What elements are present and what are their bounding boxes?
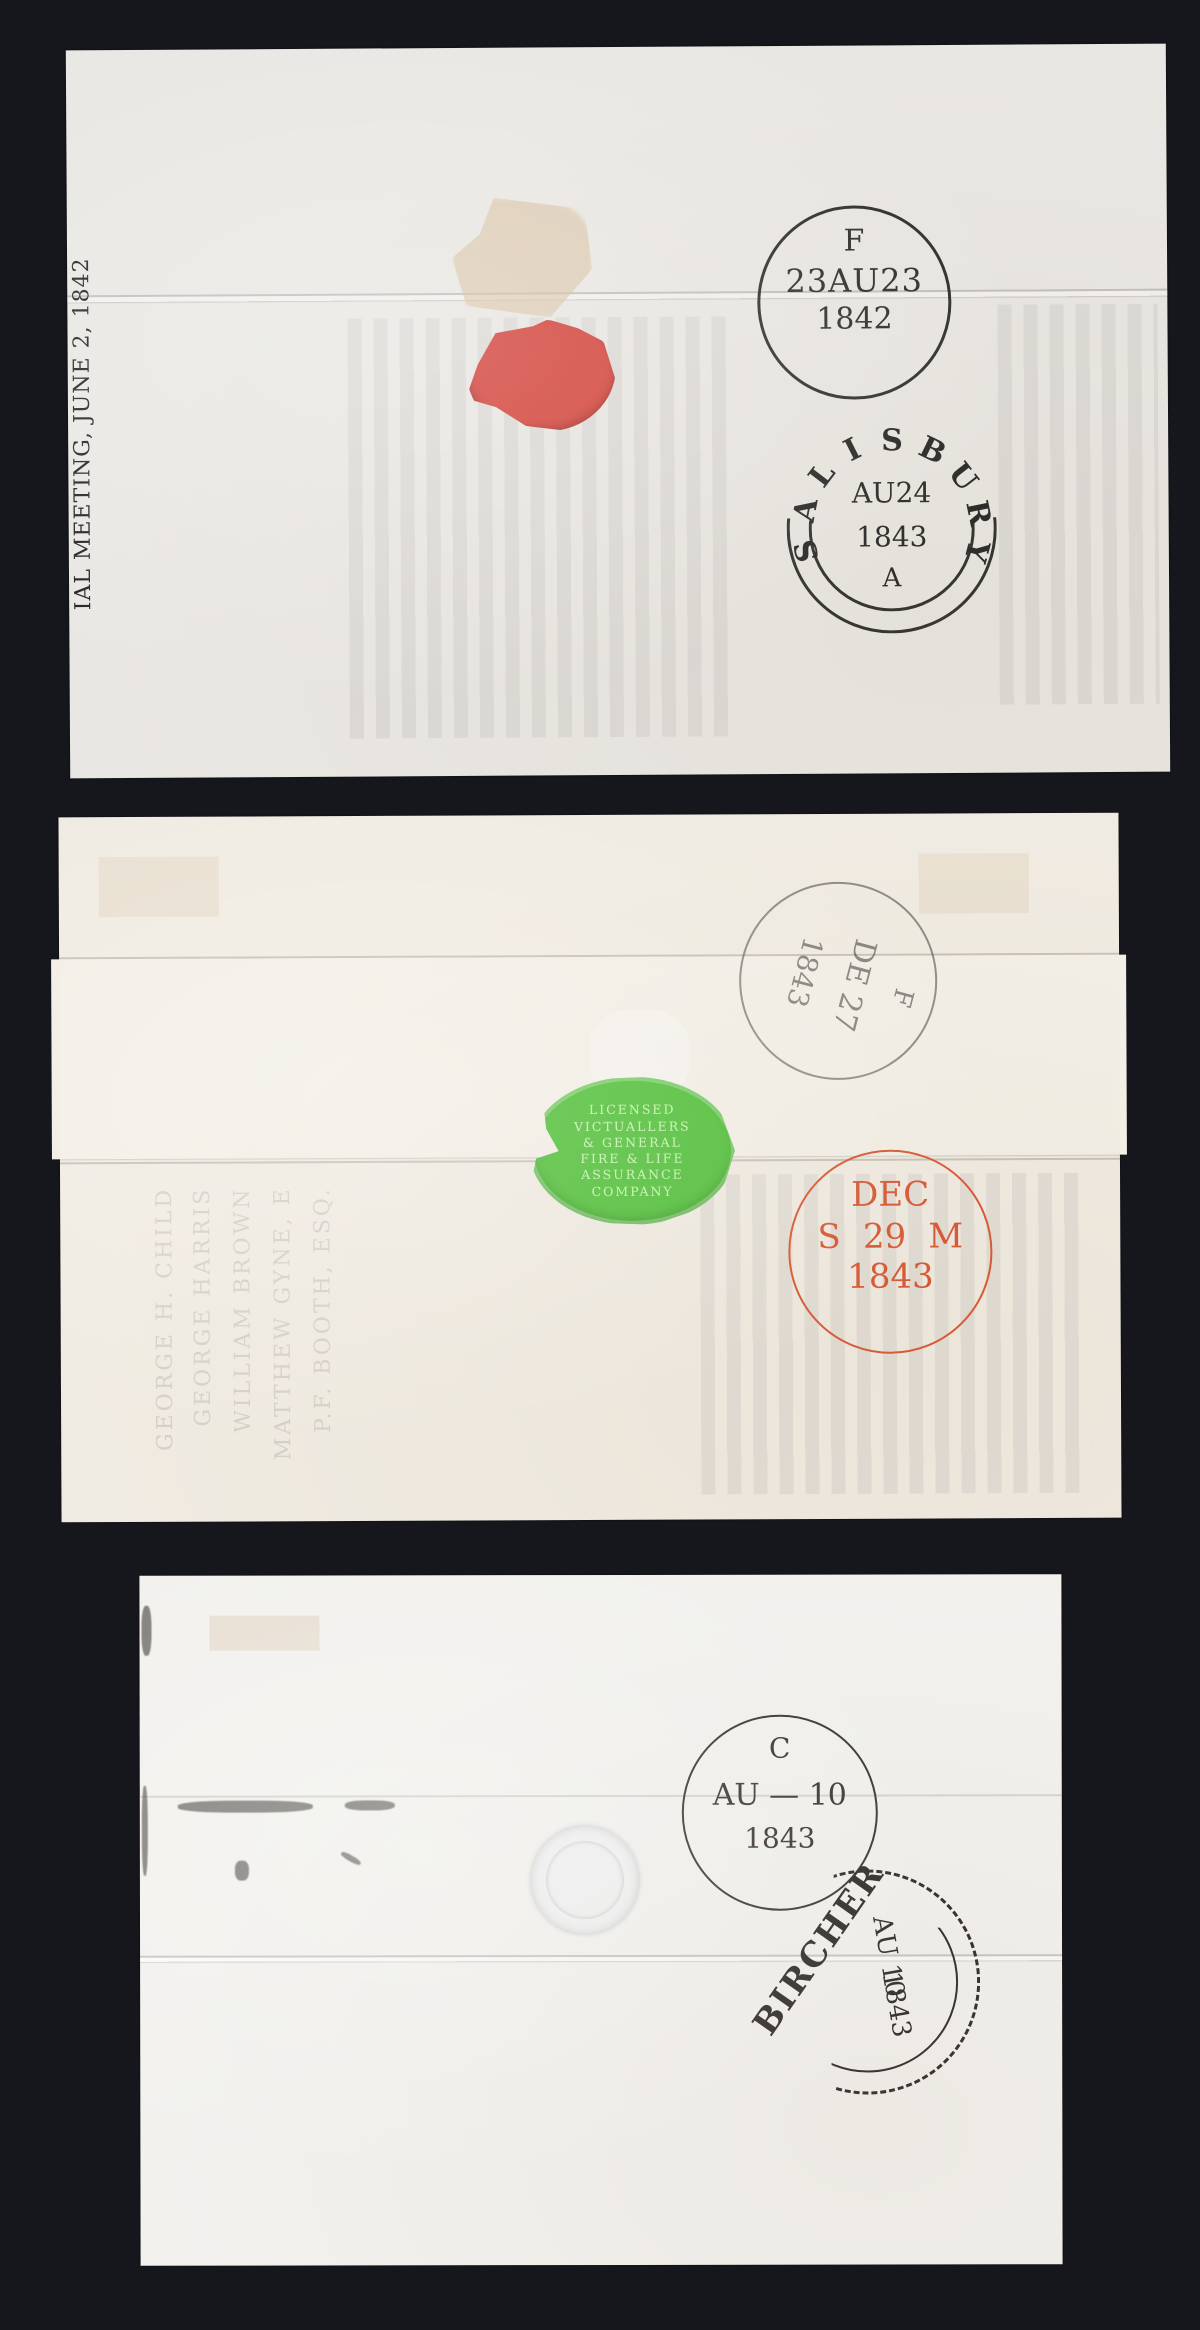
ink-smudge [178, 1801, 313, 1813]
paper-stain [919, 853, 1029, 913]
letter-1: IAL MEETING, JUNE 2, 1842 F 23AU23 1842 … [66, 44, 1170, 779]
postmark-dec-red: DEC S 29 M 1843 [788, 1149, 993, 1354]
postmark-bircher: BIRCHER AU 10 1843 [755, 1869, 980, 2094]
postmark-f: F 23AU23 1842 [757, 205, 952, 400]
seal-stain [452, 197, 593, 318]
ink-smudge [142, 1786, 148, 1876]
white-embossed-seal [530, 1825, 640, 1935]
show-through-name: MATTHEW GYNE, E [270, 1186, 296, 1460]
green-wafer-seal: LICENSED VICTUALLERS & GENERAL FIRE & LI… [530, 1076, 736, 1225]
ink-smudge [235, 1861, 249, 1881]
ink-smudge [340, 1850, 362, 1866]
paper-stain [99, 857, 219, 918]
letter-3: C AU — 10 1843 BIRCHER AU 10 1843 [139, 1574, 1062, 2266]
show-through-name: WILLIAM BROWN [230, 1186, 256, 1432]
show-through-name: GEORGE H. CHILD [152, 1187, 178, 1451]
paper-stain [209, 1615, 319, 1650]
ink-smudge [141, 1606, 151, 1656]
printed-side-text: IAL MEETING, JUNE 2, 1842 [69, 257, 96, 610]
show-through-name: P.F. BOOTH, ESQ. [310, 1186, 336, 1433]
fold-line [140, 1794, 1062, 1798]
show-through-text [997, 304, 1159, 705]
letter-2: P.F. BOOTH, ESQ. MATTHEW GYNE, E WILLIAM… [58, 813, 1121, 1523]
show-through-name: GEORGE HARRIS [190, 1187, 216, 1427]
ink-smudge [345, 1800, 395, 1810]
postmark-salisbury: SALISBURY AU24 1843 A [786, 423, 997, 634]
